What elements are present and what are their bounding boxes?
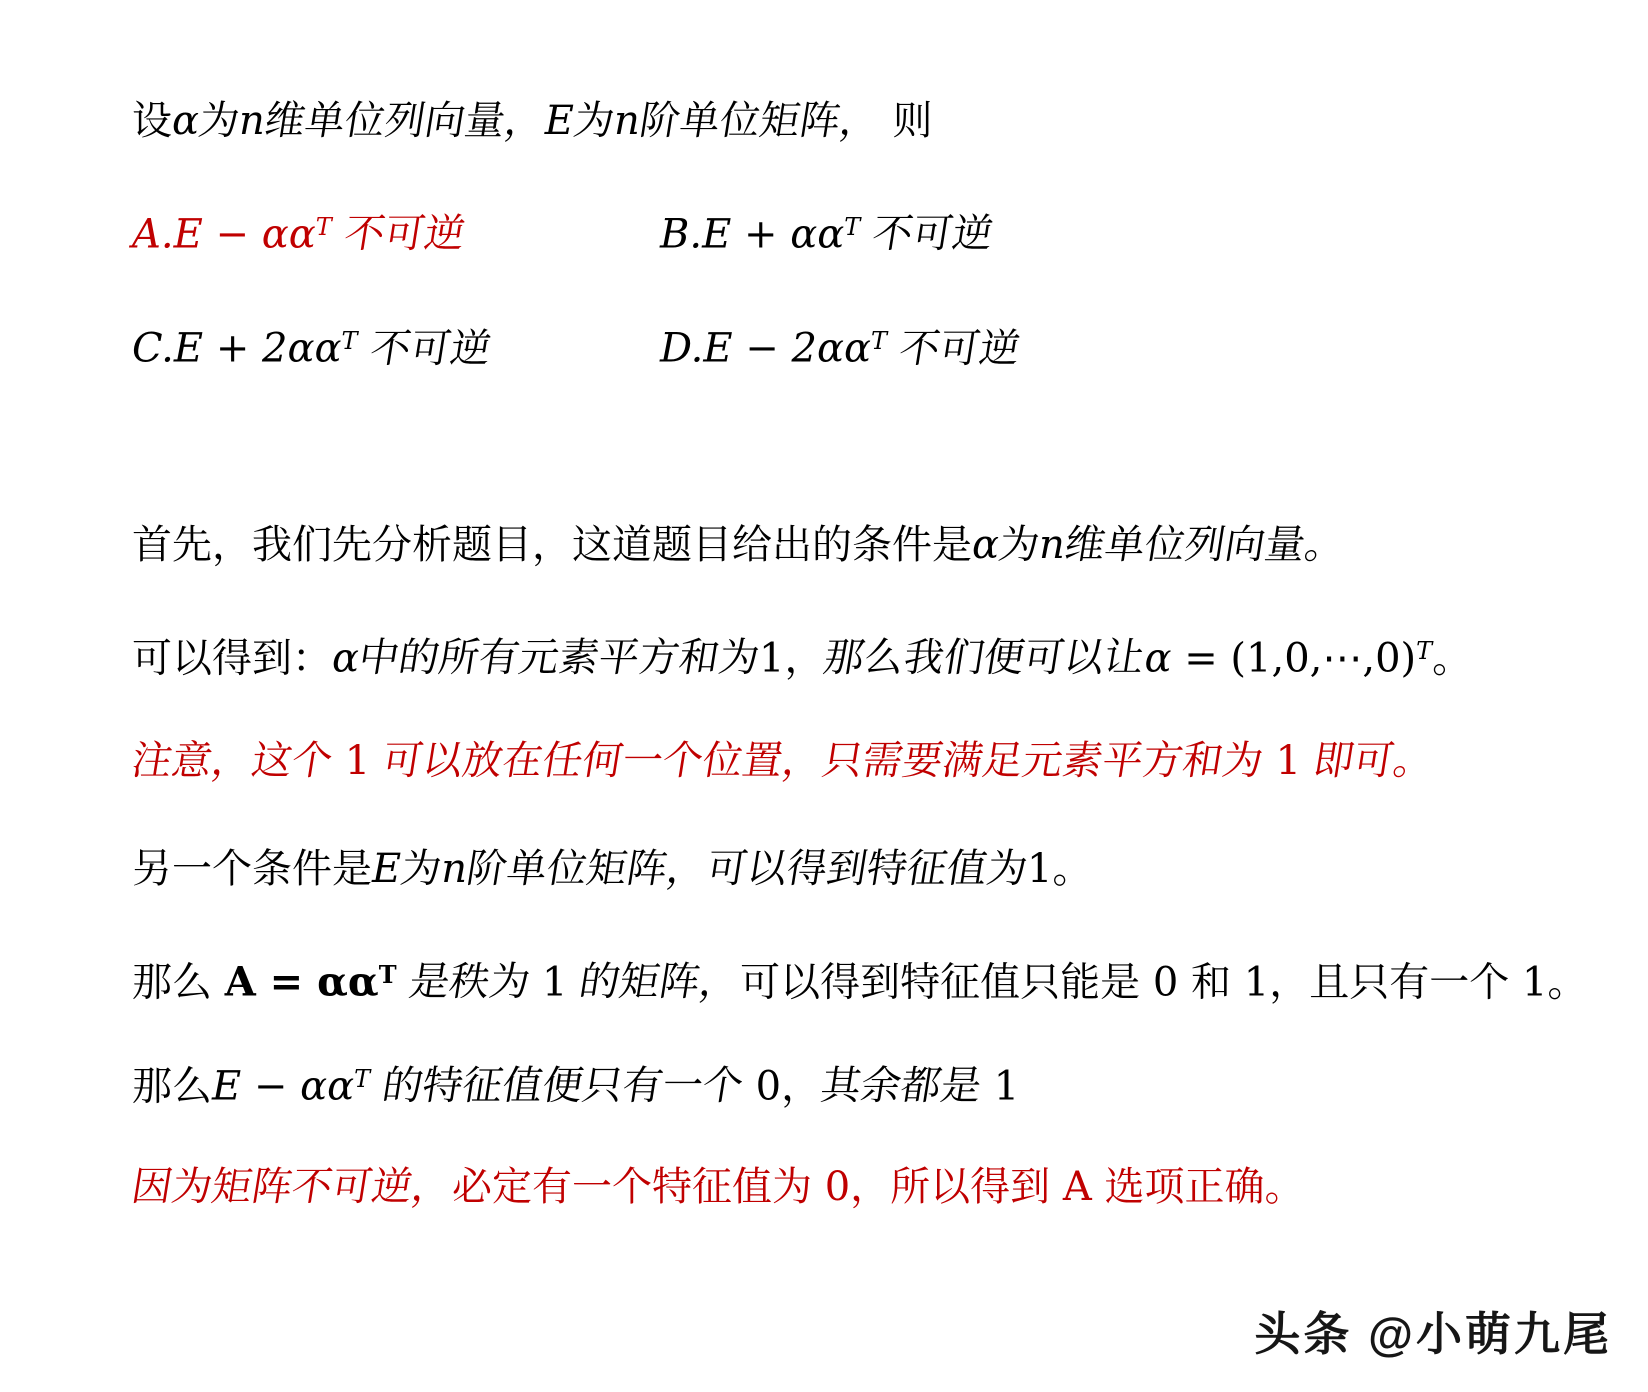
option-a: A.E − ααT 不可逆 bbox=[132, 202, 660, 259]
analysis-conclusion-red: 因为矩阵不可逆，必定有一个特征值为 0，所以得到 A 选项正确。 bbox=[132, 1162, 1305, 1212]
analysis-paragraph-6: 那么E − ααT 的特征值便只有一个 0，其余都是 1 bbox=[132, 1054, 1019, 1111]
document-page: 设α为n维单位列向量，E为n阶单位矩阵， 则 A.E − ααT 不可逆 B.E… bbox=[0, 0, 1648, 1392]
analysis-note-red: 注意，这个 1 可以放在任何一个位置，只需要满足元素平方和为 1 即可。 bbox=[132, 736, 1434, 786]
question-text: 设α为n维单位列向量，E为n阶单位矩阵， 则 bbox=[132, 96, 932, 146]
watermark-author: 头条 @小萌九尾 bbox=[1254, 1298, 1612, 1364]
analysis-paragraph-4: 另一个条件是E为n阶单位矩阵，可以得到特征值为1。 bbox=[132, 844, 1092, 894]
options-grid: A.E − ααT 不可逆 B.E + ααT 不可逆 C.E + 2ααT 不… bbox=[132, 202, 1572, 374]
option-b: B.E + ααT 不可逆 bbox=[660, 202, 1572, 259]
option-d: D.E − 2ααT 不可逆 bbox=[660, 316, 1572, 373]
analysis-paragraph-1: 首先，我们先分析题目，这道题目给出的条件是α为n维单位列向量。 bbox=[132, 520, 1345, 570]
analysis-paragraph-2: 可以得到：α中的所有元素平方和为1，那么我们便可以让α = (1,0,⋯,0)T… bbox=[132, 626, 1472, 683]
option-c: C.E + 2ααT 不可逆 bbox=[132, 316, 660, 373]
analysis-paragraph-5: 那么 A = ααT 是秩为 1 的矩阵，可以得到特征值只能是 0 和 1，且只… bbox=[132, 950, 1587, 1007]
